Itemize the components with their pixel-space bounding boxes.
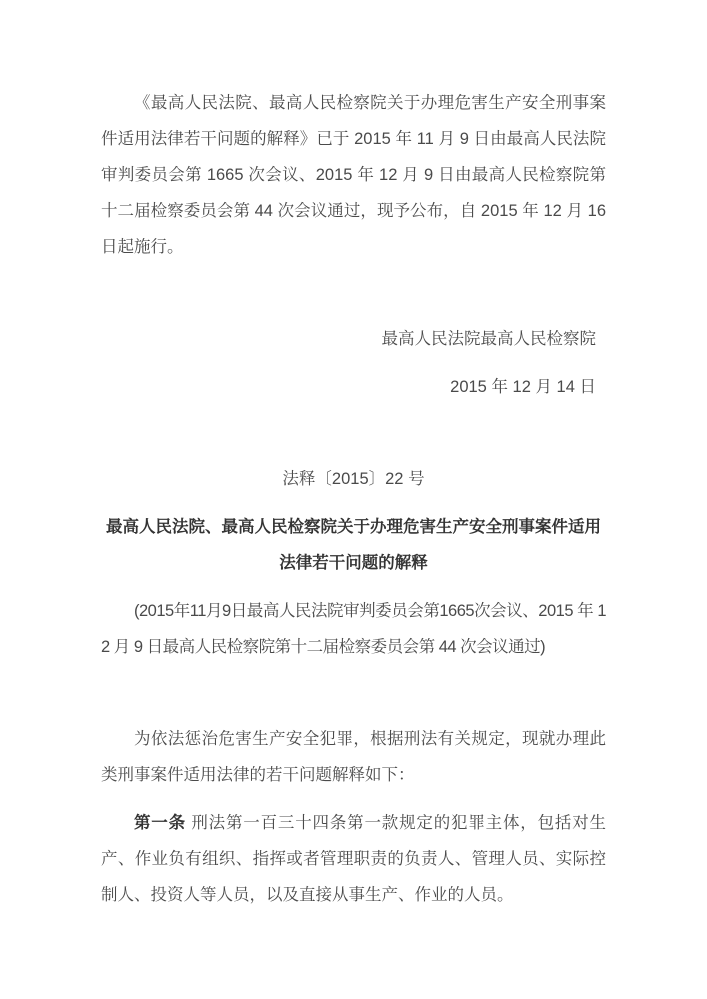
blank-line (101, 417, 606, 461)
announcement-paragraph: 《最高人民法院、最高人民检察院关于办理危害生产安全刑事案件适用法律若干问题的解释… (101, 85, 606, 265)
document-page: 《最高人民法院、最高人民检察院关于办理危害生产安全刑事案件适用法律若干问题的解释… (0, 0, 707, 999)
adoption-note: (2015年11月9日最高人民法院审判委员会第1665次会议、2015 年 12… (101, 593, 606, 665)
document-number: 法释〔2015〕22 号 (101, 461, 606, 497)
issue-date: 2015 年 12 月 14 日 (101, 369, 606, 405)
article-1-label: 第一条 (134, 814, 186, 832)
blank-line (101, 677, 606, 721)
article-1-paragraph: 第一条 刑法第一百三十四条第一款规定的犯罪主体，包括对生产、作业负有组织、指挥或… (101, 805, 606, 913)
document-title: 最高人民法院、最高人民检察院关于办理危害生产安全刑事案件适用法律若干问题的解释 (101, 509, 606, 581)
blank-line (101, 277, 606, 321)
preamble-paragraph: 为依法惩治危害生产安全犯罪，根据刑法有关规定，现就办理此类刑事案件适用法律的若干… (101, 721, 606, 793)
issuing-authority: 最高人民法院最高人民检察院 (101, 321, 606, 357)
